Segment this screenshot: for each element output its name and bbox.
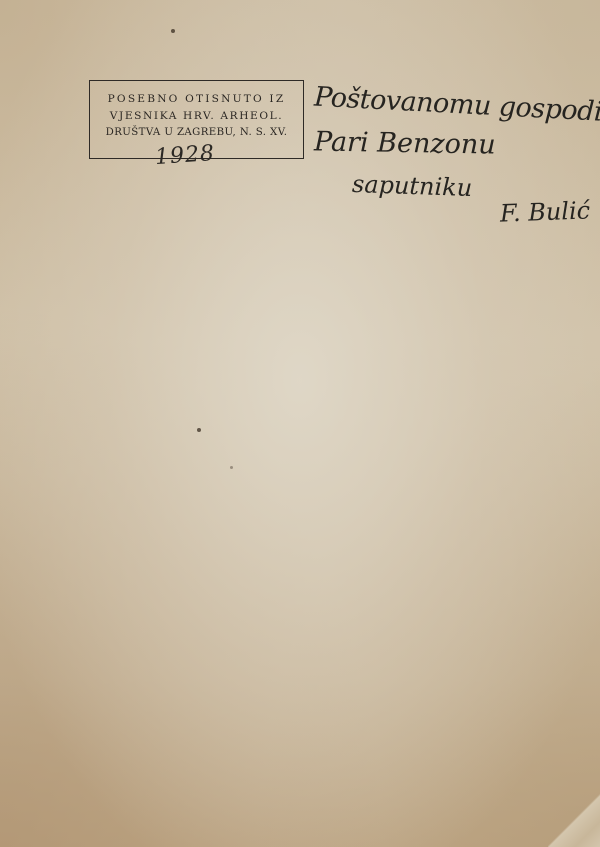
torn-corner <box>548 783 600 847</box>
paper-speck <box>171 29 175 33</box>
handwritten-year: 1928 <box>154 141 216 170</box>
handwritten-dedication: Poštovanomu gospodinu Pari Benzonu saput… <box>300 50 600 240</box>
imprint-line-2: VJESNIKA HRV. ARHEOL. <box>90 110 303 122</box>
dedication-line-3: saputniku <box>352 170 473 202</box>
signature: F. Bulić <box>500 196 591 227</box>
dedication-line-1: Poštovanomu gospodinu <box>313 82 600 130</box>
imprint-line-1: POSEBNO OTISNUTO IZ <box>90 93 303 105</box>
document-page: POSEBNO OTISNUTO IZ VJESNIKA HRV. ARHEOL… <box>0 0 600 847</box>
imprint-line-3: DRUŠTVA U ZAGREBU, N. S. XV. <box>90 127 303 138</box>
paper-speck <box>197 428 201 432</box>
dedication-line-2: Pari Benzonu <box>314 126 496 160</box>
paper-speck <box>230 466 233 469</box>
